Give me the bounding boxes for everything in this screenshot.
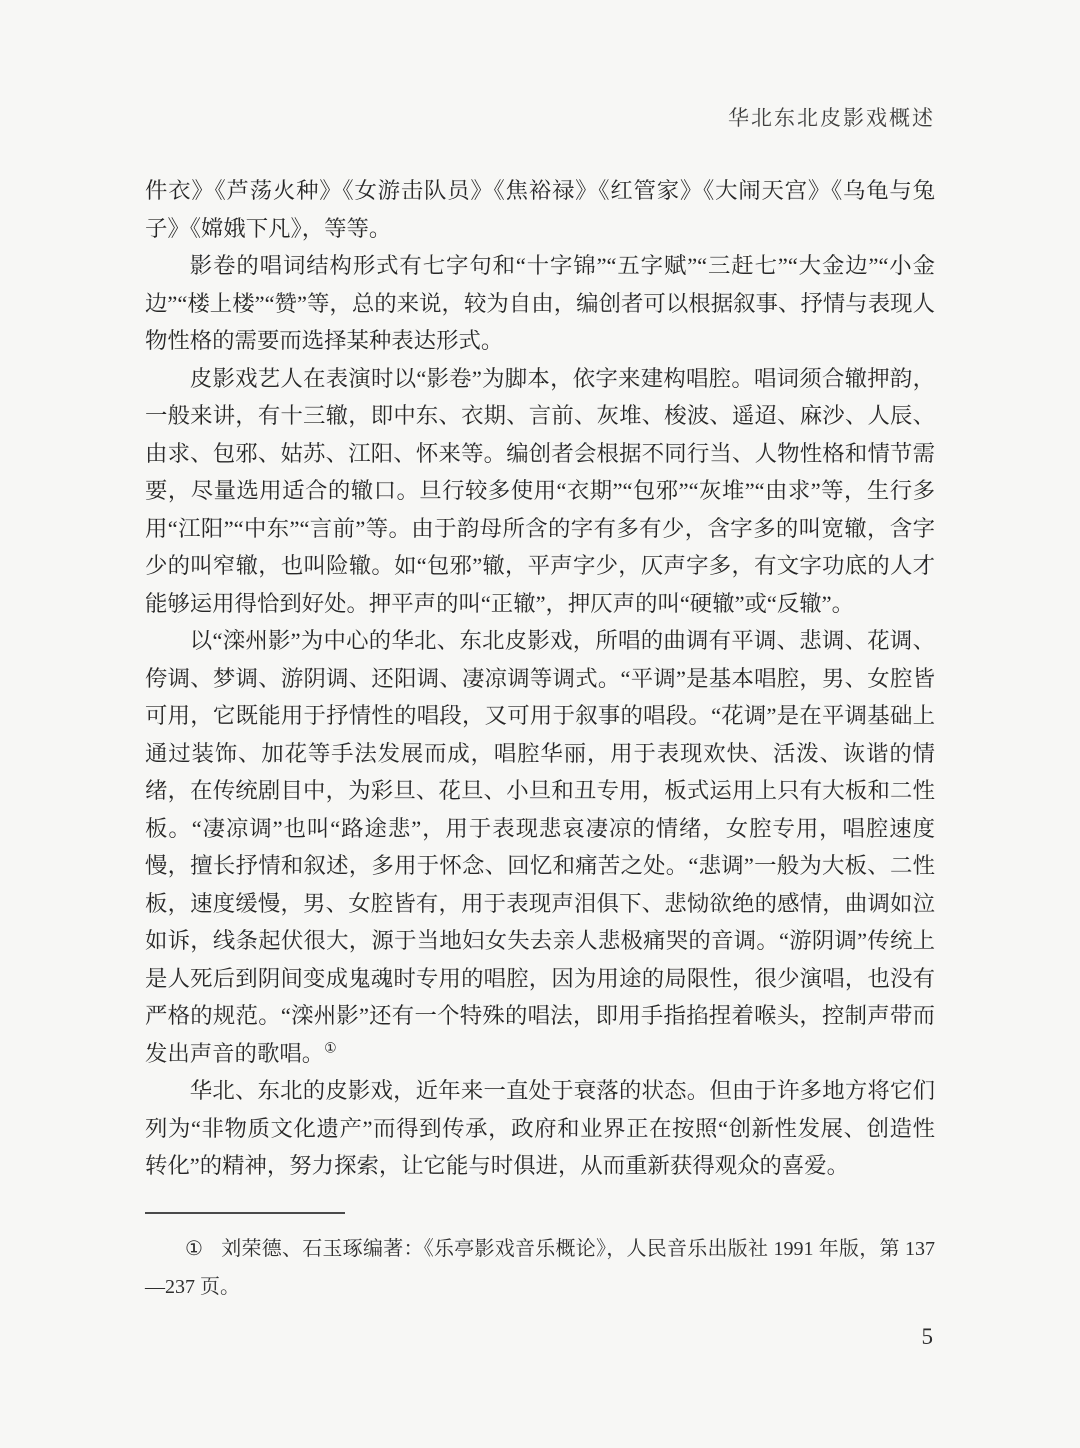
footnote-marker: ①: [185, 1238, 203, 1260]
paragraph-5-text: 华北、东北的皮影戏，近年来一直处于衰落的状态。但由于许多地方将它们列为“非物质文…: [145, 1078, 935, 1178]
footnote-reference-mark: ①: [324, 1041, 336, 1056]
footnote-block: ①刘荣德、石玉琢编著：《乐亭影戏音乐概论》，人民音乐出版社 1991 年版，第 …: [145, 1230, 935, 1306]
footnote-divider: [145, 1212, 345, 1214]
paragraph-1-text: 件衣》《芦荡火种》《女游击队员》《焦裕禄》《红管家》《大闹天宫》《乌龟与兔子》《…: [145, 178, 935, 241]
paragraph-3-text: 皮影戏艺人在表演时以“影卷”为脚本，依字来建构唱腔。唱词须合辙押韵，一般来讲，有…: [145, 366, 935, 616]
paragraph-5: 华北、东北的皮影戏，近年来一直处于衰落的状态。但由于许多地方将它们列为“非物质文…: [145, 1072, 935, 1185]
running-header: 华北东北皮影戏概述: [728, 102, 935, 132]
paragraph-1-continuation: 件衣》《芦荡火种》《女游击队员》《焦裕禄》《红管家》《大闹天宫》《乌龟与兔子》《…: [145, 172, 935, 247]
book-page: 华北东北皮影戏概述 件衣》《芦荡火种》《女游击队员》《焦裕禄》《红管家》《大闹天…: [0, 0, 1080, 1448]
page-number: 5: [922, 1324, 934, 1350]
paragraph-2-text: 影卷的唱词结构形式有七字句和“十字锦”“五字赋”“三赶七”“大金边”“小金边”“…: [145, 253, 935, 353]
paragraph-2: 影卷的唱词结构形式有七字句和“十字锦”“五字赋”“三赶七”“大金边”“小金边”“…: [145, 247, 935, 360]
paragraph-4-text: 以“滦州影”为中心的华北、东北皮影戏，所唱的曲调有平调、悲调、花调、侉调、梦调、…: [145, 628, 935, 1066]
paragraph-3: 皮影戏艺人在表演时以“影卷”为脚本，依字来建构唱腔。唱词须合辙押韵，一般来讲，有…: [145, 360, 935, 623]
footnote-entry: ①刘荣德、石玉琢编著：《乐亭影戏音乐概论》，人民音乐出版社 1991 年版，第 …: [145, 1230, 935, 1306]
footnote-text: 刘荣德、石玉琢编著：《乐亭影戏音乐概论》，人民音乐出版社 1991 年版，第 1…: [145, 1238, 935, 1298]
main-text-block: 件衣》《芦荡火种》《女游击队员》《焦裕禄》《红管家》《大闹天宫》《乌龟与兔子》《…: [145, 172, 935, 1185]
paragraph-4: 以“滦州影”为中心的华北、东北皮影戏，所唱的曲调有平调、悲调、花调、侉调、梦调、…: [145, 622, 935, 1072]
